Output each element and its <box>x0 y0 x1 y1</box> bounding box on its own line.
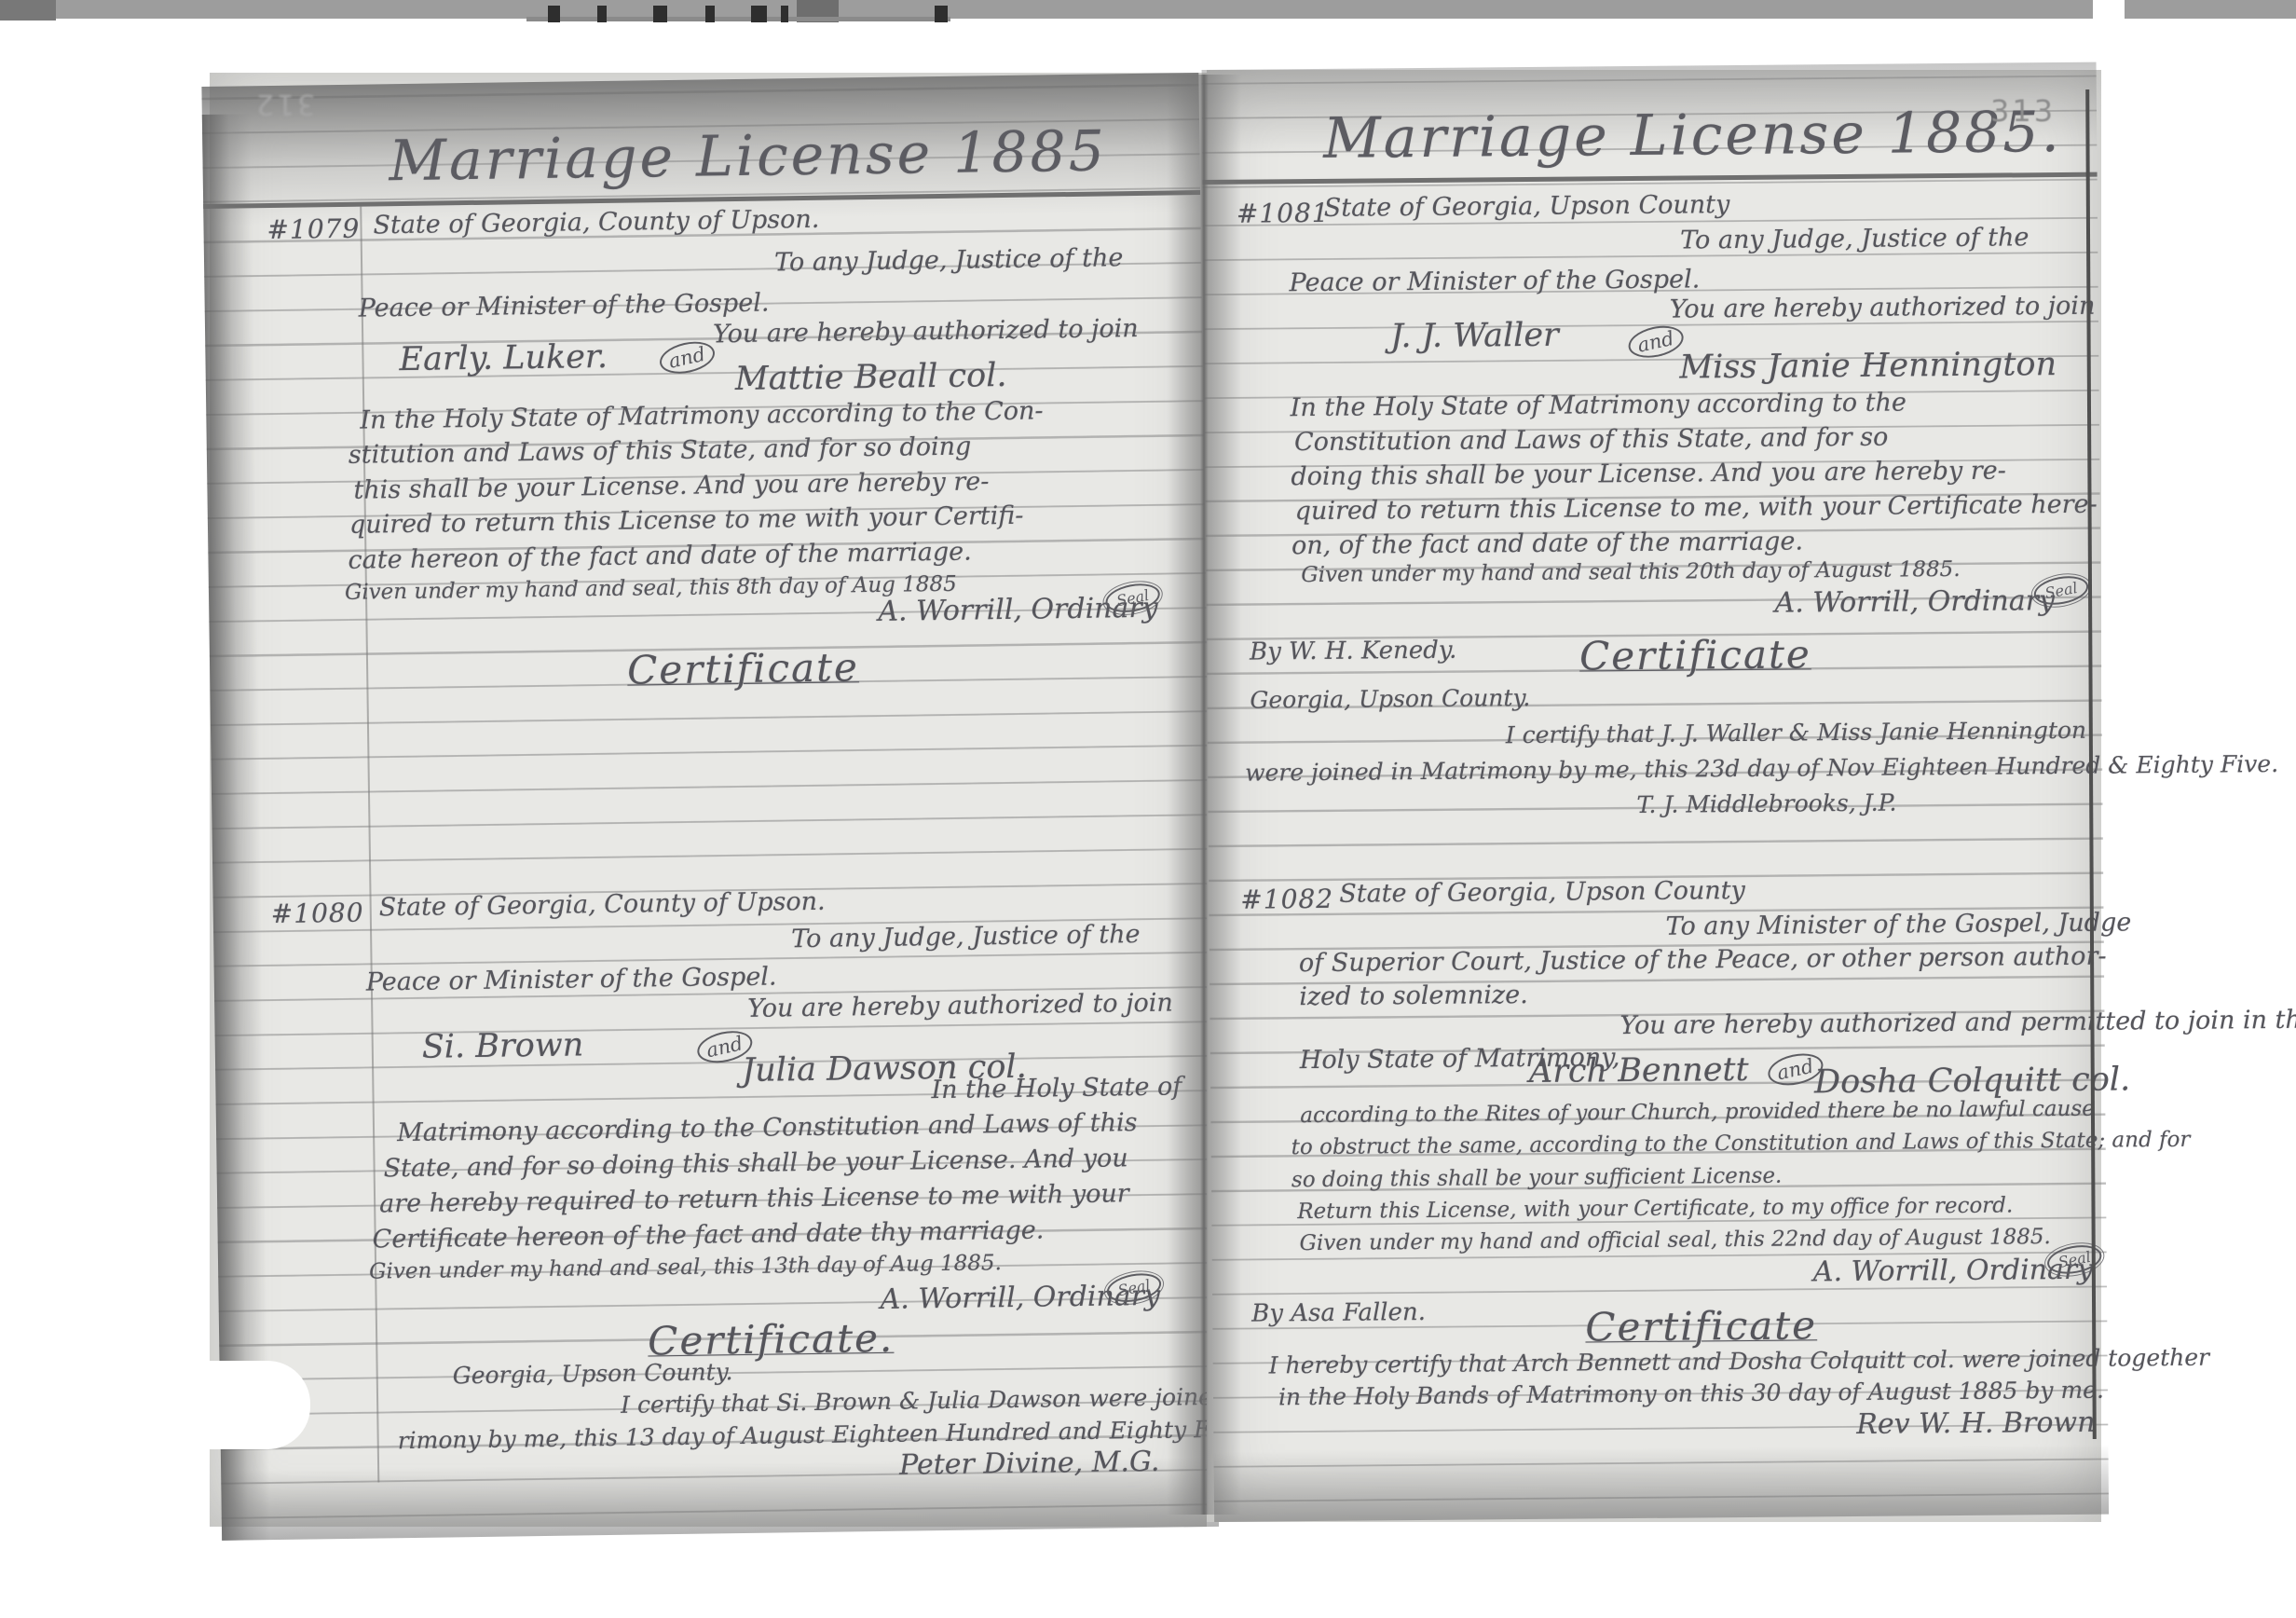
bride-name: Miss Janie Hennington <box>1679 346 2057 387</box>
license-line: To any Minister of the Gospel, Judge <box>1665 908 2131 940</box>
scan-artifact <box>935 6 948 22</box>
entry-number: #1081 <box>1237 198 1330 229</box>
certificate-heading: Certificate <box>627 644 859 692</box>
license-line: are hereby required to return this Licen… <box>379 1179 1129 1218</box>
certificate-heading: Certificate. <box>648 1315 895 1364</box>
scanner-top-bar <box>0 0 2296 19</box>
entry-number: #1082 <box>1240 884 1333 915</box>
license-line: doing this shall be your License. And yo… <box>1291 457 2006 492</box>
jp-signature: T. J. Middlebrooks, J.P. <box>1636 789 1896 818</box>
book-gutter-shadow <box>1167 75 1241 1515</box>
scanner-bar-dark-segment <box>0 0 56 21</box>
certificate-line: I hereby certify that Arch Bennett and D… <box>1269 1344 2210 1379</box>
right-page-surface: Marriage License 1885. #1081 State of Ge… <box>1202 62 2110 1522</box>
scan-shadow-left-edge <box>202 114 270 1541</box>
ordinary-signature: A. Worrill, Ordinary <box>1774 584 2055 620</box>
license-line: Certificate hereon of the fact and date … <box>372 1216 1044 1255</box>
dated-line: Given under my hand and seal, this 8th d… <box>345 572 957 605</box>
license-line: cate hereon of the fact and date of the … <box>348 538 972 575</box>
certificate-line: Georgia, Upson County. <box>453 1358 733 1389</box>
license-line: this shall be your License. And you are … <box>353 467 989 505</box>
license-line: To any Judge, Justice of the <box>791 920 1141 953</box>
dated-line: Given under my hand and official seal, t… <box>1299 1225 2050 1255</box>
deputy-line: By Asa Fallen. <box>1251 1298 1426 1328</box>
license-line: quired to return this License to me, wit… <box>1295 490 2098 527</box>
license-line: stitution and Laws of this State, and fo… <box>348 432 972 470</box>
header-rule <box>1203 172 2098 185</box>
scanned-register-page: 312 313 Marriage License 1885 #1079 Stat… <box>0 0 2296 1618</box>
scan-artifact <box>751 6 767 22</box>
license-line: You are hereby authorized to join <box>747 989 1173 1023</box>
license-line: State, and for so doing this shall be yo… <box>383 1144 1127 1183</box>
license-line: State of Georgia, Upson County <box>1339 876 1745 909</box>
license-line: according to the Rites of your Church, p… <box>1300 1097 2095 1128</box>
deputy-line: By W. H. Kenedy. <box>1250 637 1457 666</box>
groom-name: Arch Bennett <box>1529 1051 1749 1090</box>
and-circle: and <box>657 337 717 378</box>
scanner-tick-row <box>526 17 950 21</box>
groom-name: Early. Luker. <box>399 338 608 378</box>
certificate-line: I certify that J. J. Waller & Miss Janie… <box>1506 717 2087 748</box>
scan-shadow-bottom <box>1214 1445 2110 1522</box>
certificate-heading: Certificate <box>1585 1302 1817 1350</box>
license-line: Return this License, with your Certifica… <box>1297 1193 2013 1224</box>
dated-line: Given under my hand and seal this 20th d… <box>1301 557 1960 587</box>
certificate-heading: Certificate <box>1579 631 1811 679</box>
scan-cut-notch <box>147 1361 310 1449</box>
page-number-stamp-right: 313 <box>1990 93 2056 129</box>
license-line: State of Georgia, Upson County <box>1324 190 1730 223</box>
minister-signature: Rev W. H. Brown <box>1856 1406 2095 1441</box>
scanner-bar-gap <box>2093 0 2125 21</box>
scan-artifact <box>597 6 607 22</box>
license-line: Peace or Minister of the Gospel. <box>1289 265 1700 297</box>
scan-artifact <box>705 6 715 22</box>
left-page-surface: Marriage License 1885 #1079 State of Geo… <box>201 73 1219 1541</box>
license-line: to obstruct the same, according to the C… <box>1291 1128 2191 1159</box>
license-line: You are hereby authorized to join <box>713 314 1139 349</box>
license-line: Peace or Minister of the Gospel. <box>366 962 777 996</box>
license-line: so doing this shall be your sufficient L… <box>1291 1164 1783 1193</box>
page-header-title: Marriage License 1885 <box>389 118 1107 194</box>
license-line: To any Judge, Justice of the <box>774 243 1124 277</box>
number-column-rule <box>360 207 379 1483</box>
dated-line: Given under my hand and seal, this 13th … <box>369 1251 1002 1283</box>
minister-signature: Peter Divine, M.G. <box>899 1446 1160 1482</box>
license-line: State of Georgia, County of Upson. <box>373 205 819 240</box>
license-line: You are hereby authorized to join <box>1670 292 2096 324</box>
bride-name: Dosha Colquitt col. <box>1814 1061 2130 1101</box>
license-line: In the Holy State of <box>931 1072 1182 1104</box>
register-left-page: Marriage License 1885 #1079 State of Geo… <box>210 73 1207 1527</box>
certificate-line: Georgia, Upson County. <box>1250 684 1530 714</box>
license-line: In the Holy State of Matrimony according… <box>1291 388 1906 422</box>
bride-name: Mattie Beall col. <box>735 357 1007 398</box>
entry-number: #1080 <box>271 898 364 929</box>
license-line: In the Holy State of Matrimony according… <box>360 396 1044 434</box>
register-right-page: Marriage License 1885. #1081 State of Ge… <box>1207 70 2101 1522</box>
license-line: Matrimony according to the Constitution … <box>397 1108 1138 1147</box>
license-line: State of Georgia, County of Upson. <box>378 887 825 923</box>
page-header-title: Marriage License 1885. <box>1323 100 2062 171</box>
license-line: on, of the fact and date of the marriage… <box>1291 527 1803 560</box>
license-line: Constitution and Laws of this State, and… <box>1294 423 1889 458</box>
scan-artifact <box>653 6 667 22</box>
scan-artifact <box>548 6 560 22</box>
license-line: quired to return this License to me with… <box>349 501 1024 540</box>
license-line: Peace or Minister of the Gospel. <box>359 289 770 323</box>
certificate-line: in the Holy Bands of Matrimony on this 3… <box>1278 1377 2104 1411</box>
page-number-stamp-left: 312 <box>253 88 315 120</box>
license-line: ized to solemnize. <box>1299 980 1528 1011</box>
and-circle: and <box>1625 322 1686 363</box>
entry-number: #1079 <box>266 213 360 245</box>
groom-name: J. J. Waller <box>1390 317 1559 356</box>
scan-artifact <box>781 6 788 22</box>
groom-name: Si. Brown <box>422 1026 584 1065</box>
certificate-line: were joined in Matrimony by me, this 23d… <box>1245 750 2278 787</box>
license-line: You are hereby authorized and permitted … <box>1619 1006 2296 1041</box>
license-line: of Superior Court, Justice of the Peace,… <box>1299 942 2107 979</box>
license-line: To any Judge, Justice of the <box>1680 223 2029 254</box>
